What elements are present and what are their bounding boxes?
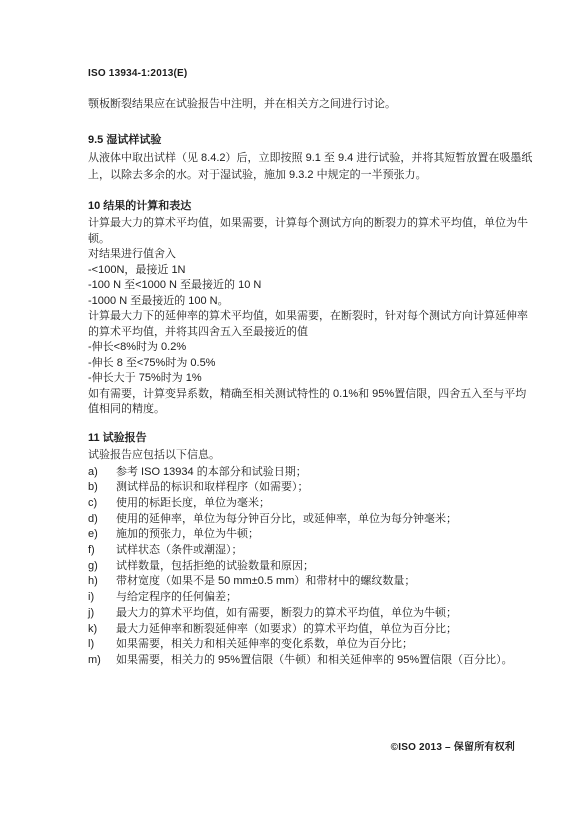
section-10-paragraph: 计算最大力的算术平均值，如果需要，计算每个测试方向的断裂力的算术平均值，单位为牛… xyxy=(88,216,502,418)
paragraph-line: 的算术平均值，并将其四舍五入至最接近的值 xyxy=(88,325,502,341)
report-item-a: a)参考 ISO 13934 的本部分和试验日期； xyxy=(88,465,502,481)
item-text: 最大力延伸率和断裂延伸率（如要求）的算术平均值，单位为百分比； xyxy=(116,622,457,638)
section-11-intro: 试验报告应包括以下信息。 xyxy=(88,448,502,463)
rounding-rule-line: -100 N 至<1000 N 至最接近的 10 N xyxy=(88,278,502,294)
report-item-c: c)使用的标距长度，单位为毫米； xyxy=(88,496,502,512)
document-page: ISO 13934-1:2013(E) 颚板断裂结果应在试验报告中注明，并在相关… xyxy=(88,0,502,669)
report-item-list: a)参考 ISO 13934 的本部分和试验日期； b)测试样品的标识和取样程序… xyxy=(88,465,502,669)
item-text: 测试样品的标识和取样程序（如需要）； xyxy=(116,480,309,496)
rounding-rule-line: -1000 N 至最接近的 100 N。 xyxy=(88,294,502,310)
item-label: l) xyxy=(88,637,116,653)
item-label: k) xyxy=(88,622,116,638)
report-item-k: k)最大力延伸率和断裂延伸率（如要求）的算术平均值，单位为百分比； xyxy=(88,622,502,638)
report-item-g: g)试样数量，包括拒绝的试验数量和原因； xyxy=(88,559,502,575)
item-label: i) xyxy=(88,590,116,606)
item-label: b) xyxy=(88,480,116,496)
copyright-footer: ©ISO 2013 – 保留所有权利 xyxy=(391,738,515,753)
item-label: j) xyxy=(88,606,116,622)
item-label: a) xyxy=(88,465,116,481)
item-text: 试样状态（条件或潮湿）； xyxy=(116,543,243,559)
item-text: 试样数量，包括拒绝的试验数量和原因； xyxy=(116,559,314,575)
item-text: 如果需要，相关力的 95%置信限（牛顿）和相关延伸率的 95%置信限（百分比）。 xyxy=(116,653,513,669)
paragraph-line: 对结果进行值舍入 xyxy=(88,247,502,263)
item-text: 最大力的算术平均值，如有需要，断裂力的算术平均值，单位为牛顿； xyxy=(116,606,457,622)
item-label: g) xyxy=(88,559,116,575)
elongation-rule-line: -伸长<8%时为 0.2% xyxy=(88,340,502,356)
jaw-break-paragraph: 颚板断裂结果应在试验报告中注明，并在相关方之间进行讨论。 xyxy=(88,97,502,112)
paragraph-line: 上，以除去多余的水。对于湿试验，施加 9.3.2 中规定的一半预张力。 xyxy=(88,167,502,184)
item-text: 使用的延伸率，单位为每分钟百分比，或延伸率，单位为每分钟毫米； xyxy=(116,512,457,528)
section-9-5-heading: 9.5 湿试样试验 xyxy=(88,133,502,147)
report-item-d: d)使用的延伸率，单位为每分钟百分比，或延伸率，单位为每分钟毫米； xyxy=(88,512,502,528)
paragraph-line: 值相同的精度。 xyxy=(88,402,502,418)
item-label: d) xyxy=(88,512,116,528)
report-item-f: f)试样状态（条件或潮湿）； xyxy=(88,543,502,559)
report-item-j: j)最大力的算术平均值，如有需要，断裂力的算术平均值，单位为牛顿； xyxy=(88,606,502,622)
item-label: f) xyxy=(88,543,116,559)
item-text: 如果需要，相关力和相关延伸率的变化系数，单位为百分比； xyxy=(116,637,413,653)
report-item-e: e)施加的预张力，单位为牛顿； xyxy=(88,527,502,543)
report-item-m: m)如果需要，相关力的 95%置信限（牛顿）和相关延伸率的 95%置信限（百分比… xyxy=(88,653,502,669)
paragraph-line: 计算最大力的算术平均值，如果需要，计算每个测试方向的断裂力的算术平均值，单位为牛 xyxy=(88,216,502,232)
report-item-l: l)如果需要，相关力和相关延伸率的变化系数，单位为百分比； xyxy=(88,637,502,653)
report-item-b: b)测试样品的标识和取样程序（如需要）； xyxy=(88,480,502,496)
item-label: h) xyxy=(88,574,116,590)
elongation-rule-line: -伸长 8 至<75%时为 0.5% xyxy=(88,356,502,372)
document-standard-number: ISO 13934-1:2013(E) xyxy=(88,67,502,80)
item-label: m) xyxy=(88,653,116,669)
item-label: e) xyxy=(88,527,116,543)
item-text: 与给定程序的任何偏差； xyxy=(116,590,237,606)
paragraph-line: 顿。 xyxy=(88,232,502,248)
section-11-heading: 11 试验报告 xyxy=(88,431,502,445)
section-10-heading: 10 结果的计算和表达 xyxy=(88,199,502,213)
item-text: 施加的预张力，单位为牛顿； xyxy=(116,527,259,543)
elongation-rule-line: -伸长大于 75%时为 1% xyxy=(88,371,502,387)
report-item-h: h)带材宽度（如果不是 50 mm±0.5 mm）和带材中的螺纹数量； xyxy=(88,574,502,590)
paragraph-line: 从液体中取出试样（见 8.4.2）后，立即按照 9.1 至 9.4 进行试验，并… xyxy=(88,150,502,167)
rounding-rule-line: -<100N，最接近 1N xyxy=(88,263,502,279)
report-item-i: i)与给定程序的任何偏差； xyxy=(88,590,502,606)
section-9-5-paragraph: 从液体中取出试样（见 8.4.2）后，立即按照 9.1 至 9.4 进行试验，并… xyxy=(88,150,502,184)
paragraph-line: 计算最大力下的延伸率的算术平均值，如果需要，在断裂时，针对每个测试方向计算延伸率 xyxy=(88,309,502,325)
item-label: c) xyxy=(88,496,116,512)
item-text: 参考 ISO 13934 的本部分和试验日期； xyxy=(116,465,307,481)
paragraph-line: 如有需要，计算变异系数，精确至相关测试特性的 0.1%和 95%置信限，四舍五入… xyxy=(88,387,502,403)
item-text: 带材宽度（如果不是 50 mm±0.5 mm）和带材中的螺纹数量； xyxy=(116,574,415,590)
item-text: 使用的标距长度，单位为毫米； xyxy=(116,496,270,512)
